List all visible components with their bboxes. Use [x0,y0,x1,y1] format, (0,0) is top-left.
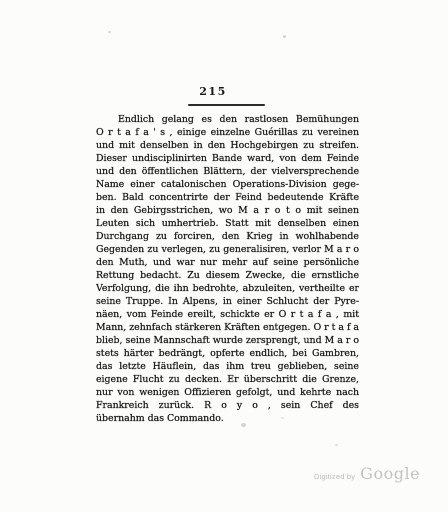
text-line: Gegenden zu verlegen, zu generalisiren, … [96,243,359,256]
text-line: das letzte Häuflein, das ihm treu geblie… [96,360,359,373]
text-line: Endlich gelang es den rastlosen Bemühung… [96,113,359,126]
text-line: und mit denselben in den Hochgebirgen zu… [96,139,359,152]
digitized-by-label: Digitized by [314,472,355,481]
scan-speck [108,31,111,33]
text-line: näen, vom Feinde ereilt, schickte er O r… [96,308,359,321]
text-line: und den öffentlichen Blättern, der vielv… [96,165,359,178]
text-line: Rettung bedacht. Zu diesem Zwecke, die e… [96,269,359,282]
text-line: Durchgang zu forciren, den Krieg in wohl… [96,230,359,243]
google-watermark: Digitized by Google [314,464,420,483]
scan-speck [241,423,246,427]
text-line: eigene Flucht zu decken. Er überschritt … [96,373,359,386]
text-line: seine Truppe. In Alpens, in einer Schluc… [96,295,359,308]
body-text-block: Endlich gelang es den rastlosen Bemühung… [96,113,359,425]
text-line: übernahm das Commando. [96,412,359,425]
text-line: in den Gebirgsstrichen, wo M a r o t o m… [96,204,359,217]
page-number: 215 [184,85,242,98]
text-line: O r t a f a ' s , einige einzelne Guéril… [96,126,359,139]
text-line: nur von wenigen Offizieren gefolgt, und … [96,386,359,399]
text-line: Frankreich zurück. R o y o , sein Chef d… [96,399,359,412]
google-logo: Google [360,464,420,483]
text-line: Name einer catalonischen Operations-Divi… [96,178,359,191]
text-line: Mann, zehnfach stärkeren Kräften entgege… [96,321,359,334]
page-number-rule [188,104,265,106]
text-line: Dieser undisciplinirten Bande ward, von … [96,152,359,165]
scan-speck [335,444,338,446]
scanned-book-page: 215 Endlich gelang es den rastlosen Bemü… [0,0,448,512]
text-line: Leuten sich umhertrieb. Statt mit densel… [96,217,359,230]
text-line: stets härter bedrängt, opferte endlich, … [96,347,359,360]
text-line: Verfolgung, die ihn bedrohte, abzuleiten… [96,282,359,295]
scan-speck [281,417,284,419]
text-line: den Muth, und war nur mehr auf seine per… [96,256,359,269]
text-line: ben. Bald concentrirte der Feind bedeute… [96,191,359,204]
scan-speck [283,35,286,38]
text-line: blieb, seine Mannschaft wurde zersprengt… [96,334,359,347]
